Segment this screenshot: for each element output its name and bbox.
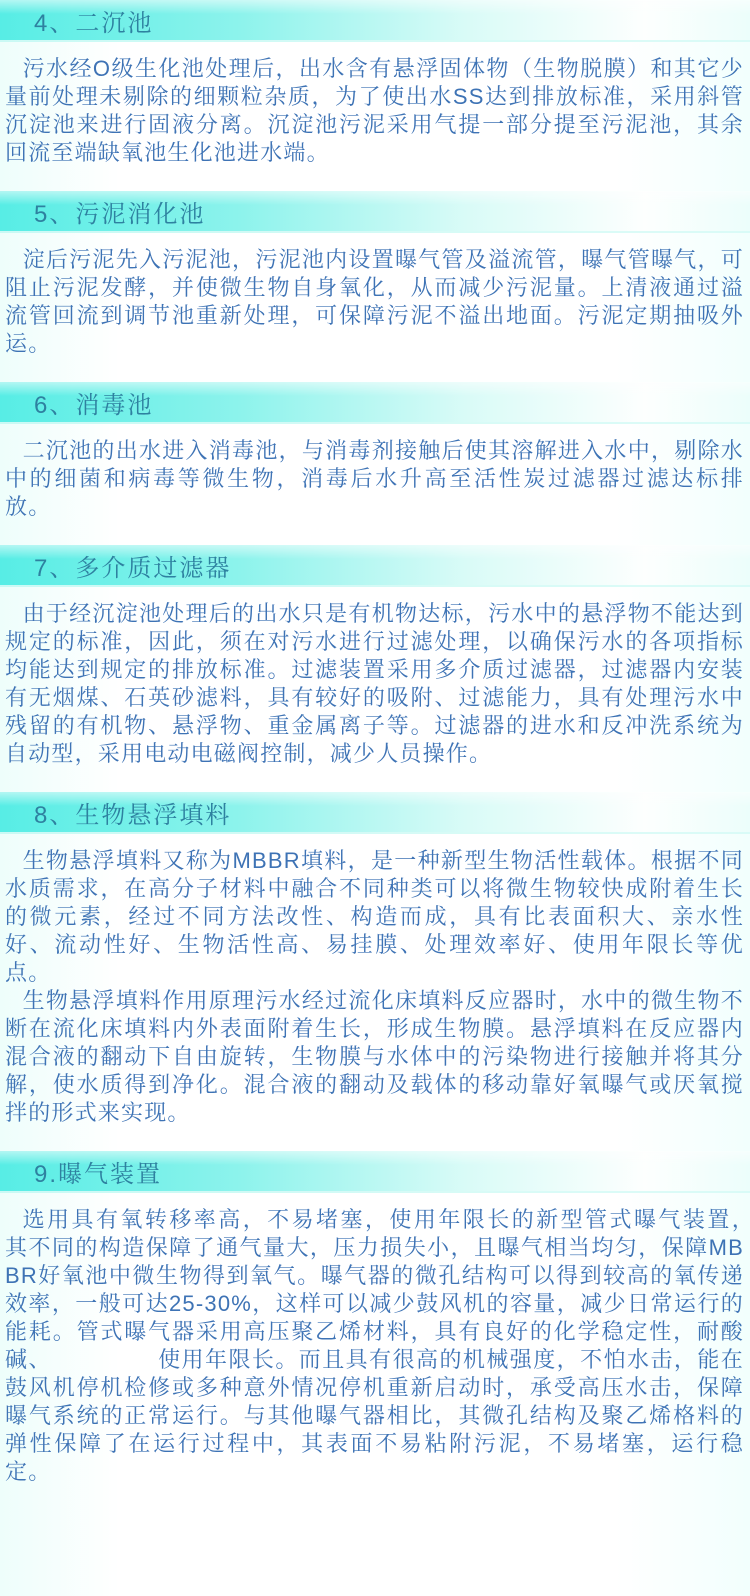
section-8-header-band: 8、生物悬浮填料 bbox=[0, 792, 750, 834]
section-4: 4、二沉池 污水经O级生化池处理后，出水含有悬浮固体物（生物脱膜）和其它少量前处… bbox=[0, 0, 750, 167]
section-8-title: 8、生物悬浮填料 bbox=[0, 795, 231, 830]
section-4-header-band: 4、二沉池 bbox=[0, 0, 750, 42]
section-9-paragraph: 选用具有氧转移率高，不易堵塞，使用年限长的新型管式曝气装置， 其不同的构造保障了… bbox=[5, 1206, 744, 1486]
section-9: 9.曝气装置 选用具有氧转移率高，不易堵塞，使用年限长的新型管式曝气装置， 其不… bbox=[0, 1151, 750, 1486]
section-7-header-band: 7、多介质过滤器 bbox=[0, 545, 750, 587]
section-4-title: 4、二沉池 bbox=[0, 3, 153, 38]
section-7-paragraph: 由于经沉淀池处理后的出水只是有机物达标，污水中的悬浮物不能达到规定的标准，因此，… bbox=[5, 600, 744, 768]
section-8-paragraph-2: 生物悬浮填料作用原理污水经过流化床填料反应器时，水中的微生物不断在流化床填料内外… bbox=[5, 987, 744, 1127]
section-6-header-band: 6、消毒池 bbox=[0, 382, 750, 424]
section-6-paragraph: 二沉池的出水进入消毒池，与消毒剂接触后使其溶解进入水中，剔除水中的细菌和病毒等微… bbox=[5, 437, 744, 521]
section-8-paragraph-1: 生物悬浮填料又称为MBBR填料，是一种新型生物活性载体。根据不同水质需求，在高分… bbox=[5, 847, 744, 987]
section-6: 6、消毒池 二沉池的出水进入消毒池，与消毒剂接触后使其溶解进入水中，剔除水中的细… bbox=[0, 382, 750, 521]
section-9-header-band: 9.曝气装置 bbox=[0, 1151, 750, 1193]
section-5-header-band: 5、污泥消化池 bbox=[0, 191, 750, 233]
section-7: 7、多介质过滤器 由于经沉淀池处理后的出水只是有机物达标，污水中的悬浮物不能达到… bbox=[0, 545, 750, 768]
section-8: 8、生物悬浮填料 生物悬浮填料又称为MBBR填料，是一种新型生物活性载体。根据不… bbox=[0, 792, 750, 1127]
section-9-title: 9.曝气装置 bbox=[0, 1154, 162, 1189]
section-5-paragraph: 淀后污泥先入污泥池，污泥池内设置曝气管及溢流管，曝气管曝气，可阻止污泥发酵，并使… bbox=[5, 246, 744, 358]
section-5: 5、污泥消化池 淀后污泥先入污泥池，污泥池内设置曝气管及溢流管，曝气管曝气，可阻… bbox=[0, 191, 750, 358]
section-5-title: 5、污泥消化池 bbox=[0, 194, 205, 229]
document-page: 4、二沉池 污水经O级生化池处理后，出水含有悬浮固体物（生物脱膜）和其它少量前处… bbox=[0, 0, 750, 1596]
section-6-title: 6、消毒池 bbox=[0, 385, 153, 420]
section-4-paragraph: 污水经O级生化池处理后，出水含有悬浮固体物（生物脱膜）和其它少量前处理未剔除的细… bbox=[5, 55, 744, 167]
section-7-title: 7、多介质过滤器 bbox=[0, 548, 231, 583]
